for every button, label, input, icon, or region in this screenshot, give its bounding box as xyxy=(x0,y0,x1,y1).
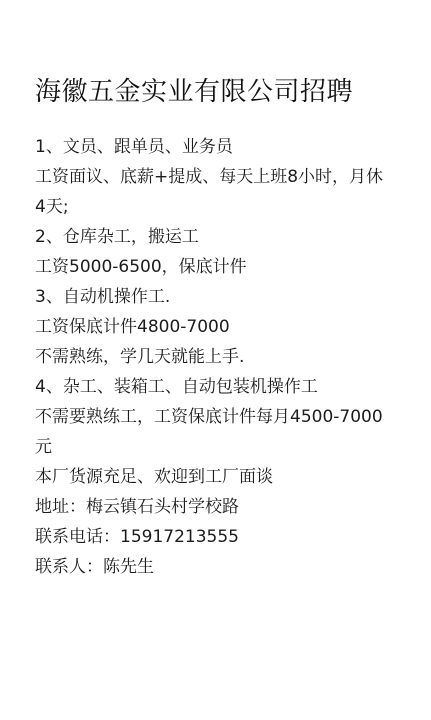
contact-person: 联系人：陈先生 xyxy=(35,552,405,582)
contact-phone: 联系电话：15917213555 xyxy=(35,522,405,552)
job-posting: 海徽五金实业有限公司招聘 1、文员、跟单员、业务员 工资面议、底薪+提成、每天上… xyxy=(35,74,405,582)
posting-body: 1、文员、跟单员、业务员 工资面议、底薪+提成、每天上班8小时，月休 4天; 2… xyxy=(35,132,405,582)
address: 地址：梅云镇石头村学校路 xyxy=(35,492,405,522)
factory-note: 本厂货源充足、欢迎到工厂面谈 xyxy=(35,462,405,492)
job-4-salary-cont: 元 xyxy=(35,432,405,462)
job-1-salary-cont: 4天; xyxy=(35,192,405,222)
job-3-salary: 工资保底计件4800-7000 xyxy=(35,312,405,342)
job-2-salary: 工资5000-6500，保底计件 xyxy=(35,252,405,282)
page-title: 海徽五金实业有限公司招聘 xyxy=(35,74,405,110)
job-3-heading: 3、自动机操作工. xyxy=(35,282,405,312)
job-1-salary: 工资面议、底薪+提成、每天上班8小时，月休 xyxy=(35,162,405,192)
job-3-note: 不需熟练，学几天就能上手. xyxy=(35,342,405,372)
job-4-salary: 不需要熟练工，工资保底计件每月4500-7000 xyxy=(35,402,405,432)
job-4-heading: 4、杂工、装箱工、自动包装机操作工 xyxy=(35,372,405,402)
job-1-heading: 1、文员、跟单员、业务员 xyxy=(35,132,405,162)
job-2-heading: 2、仓库杂工，搬运工 xyxy=(35,222,405,252)
